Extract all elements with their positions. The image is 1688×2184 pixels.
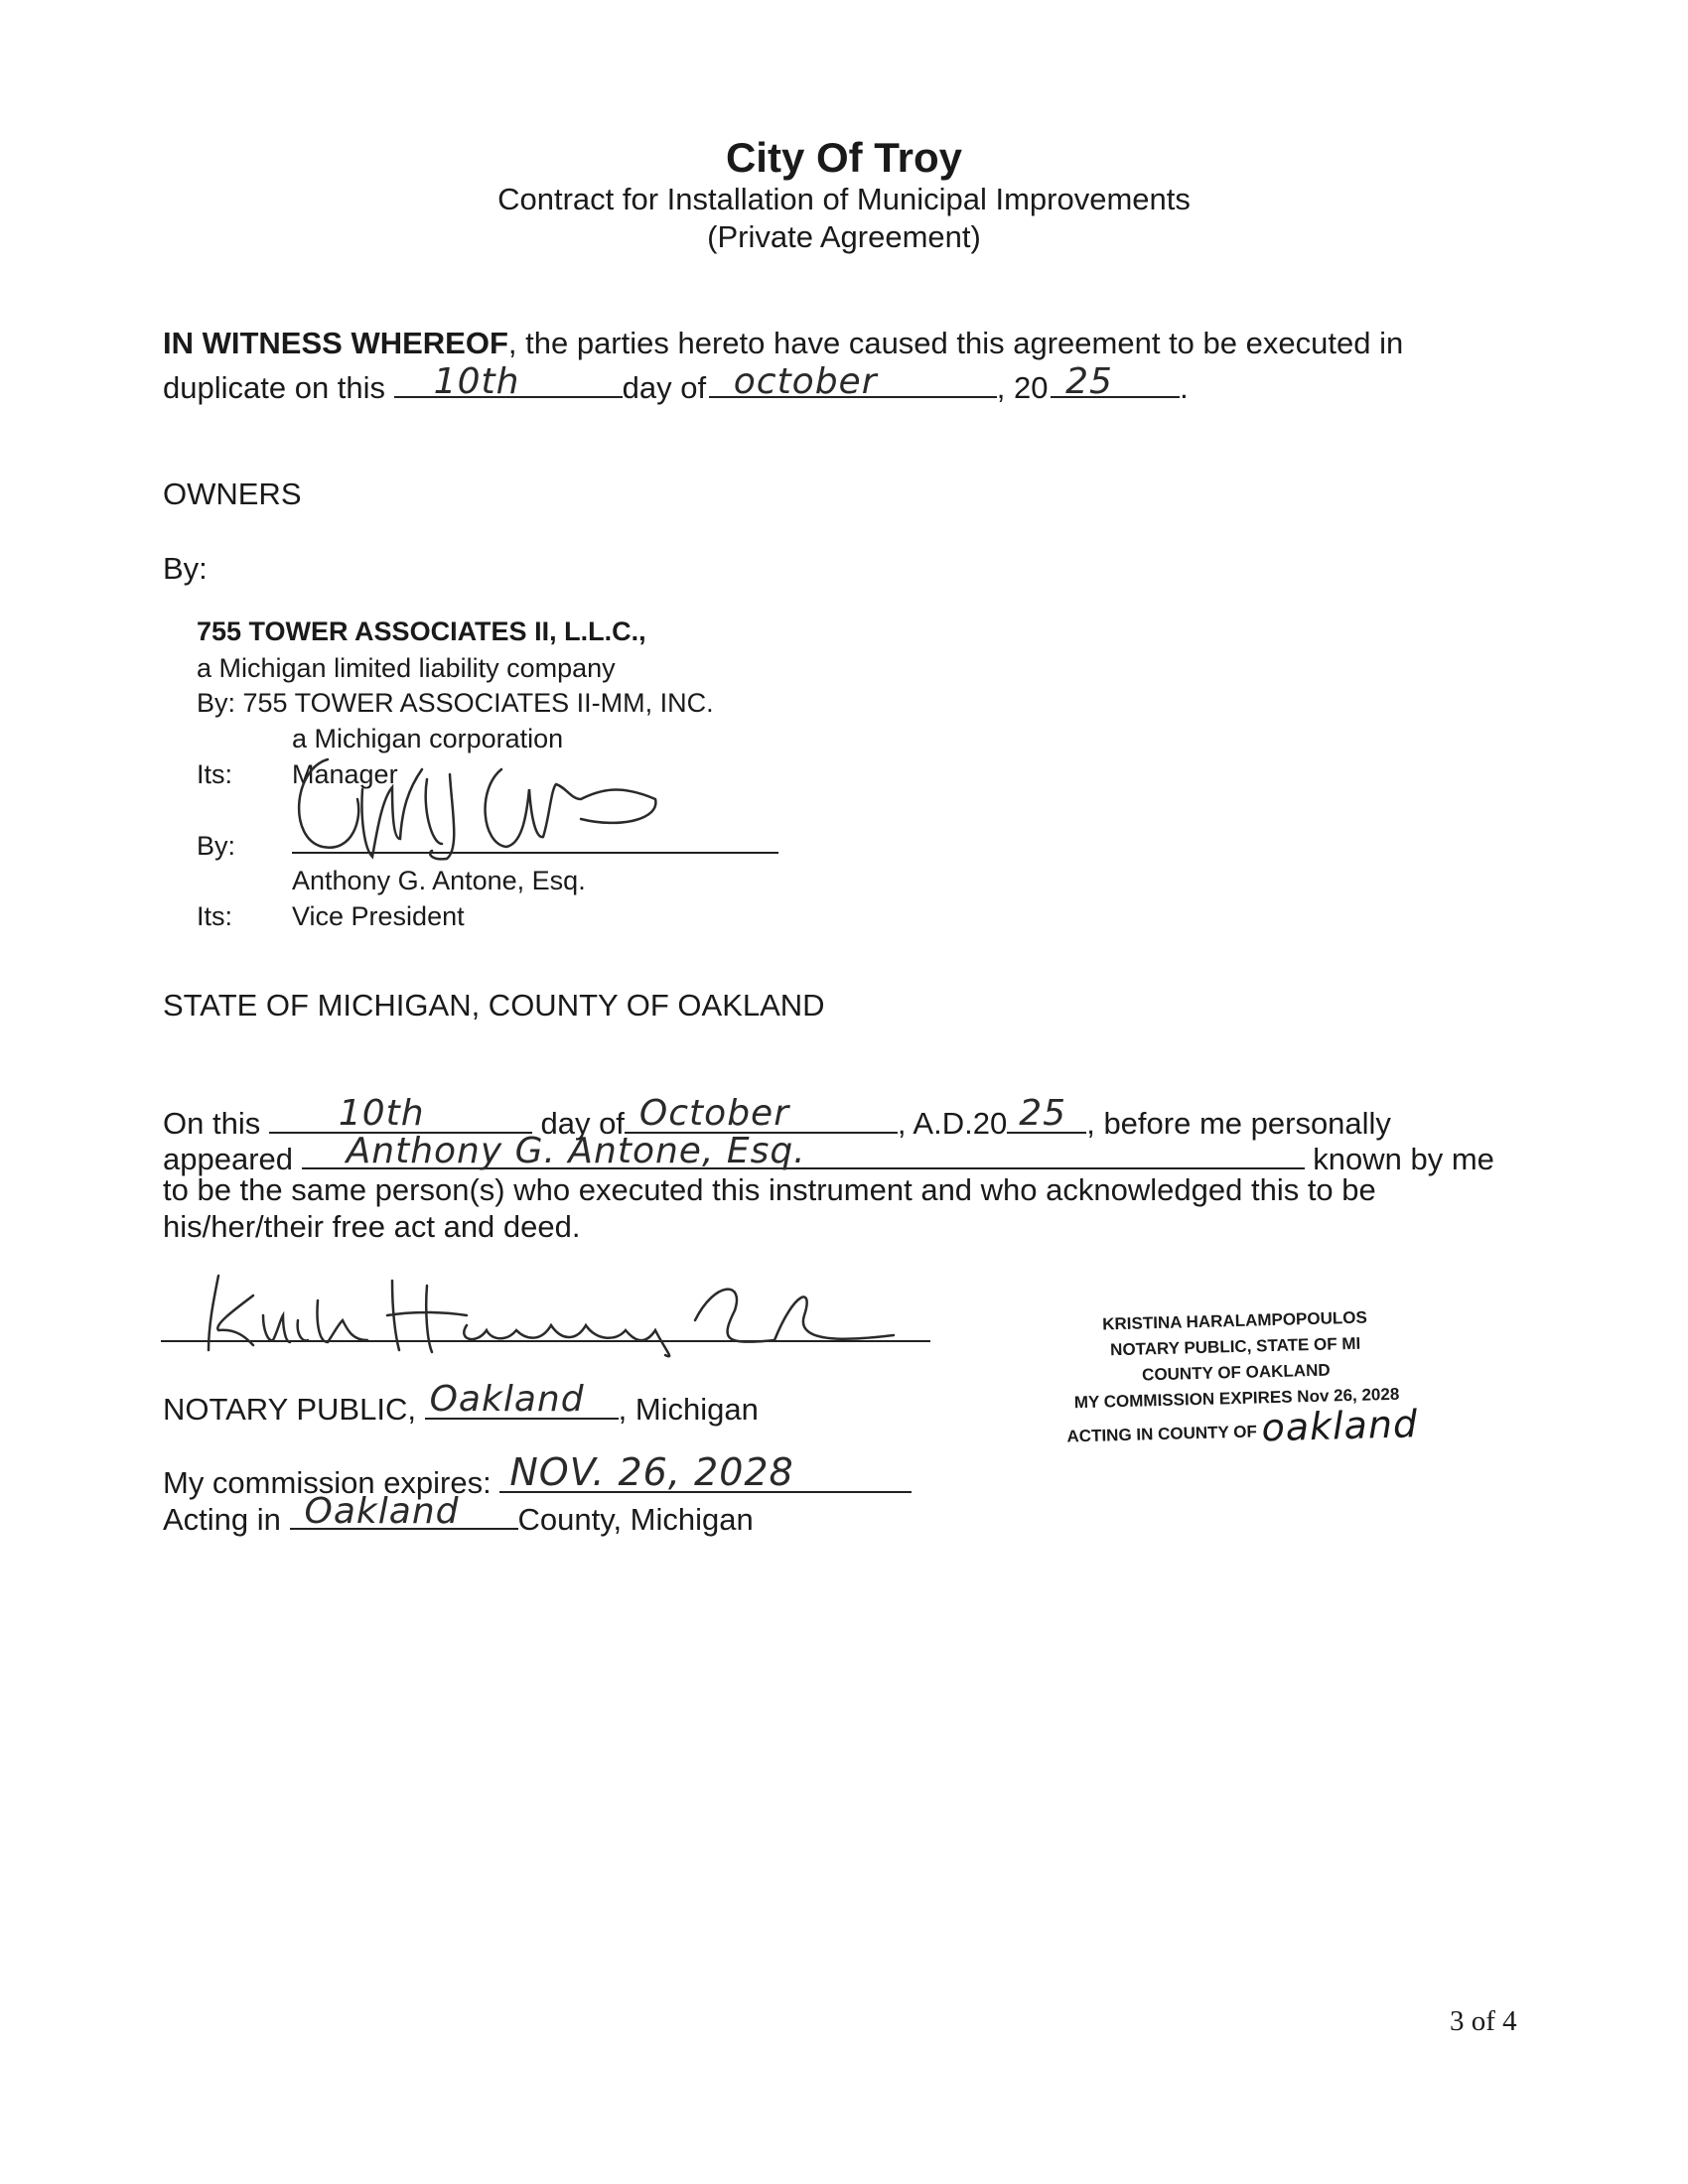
witness-duplicate-label: duplicate on this: [163, 370, 385, 405]
ack-before-me: , before me personally: [1086, 1106, 1391, 1141]
by-signature-label: By:: [197, 833, 235, 860]
witness-line-1-text: , the parties hereto have caused this ag…: [508, 326, 1403, 360]
witness-period: .: [1180, 370, 1189, 405]
acting-suffix: County, Michigan: [518, 1502, 754, 1537]
ack-appeared-label: appeared: [163, 1142, 293, 1176]
stamp-acting-value: oakland: [1261, 1402, 1419, 1449]
notary-signature-icon: [179, 1271, 933, 1360]
notary-public-line: NOTARY PUBLIC, Oakland, Michigan: [163, 1388, 759, 1425]
ack-line-2: appeared Anthony G. Antone, Esq. known b…: [163, 1138, 1494, 1174]
notary-stamp: KRISTINA HARALAMPOPOULOS NOTARY PUBLIC, …: [1046, 1303, 1426, 1450]
witness-year-value: 25: [1065, 364, 1113, 400]
acting-line: Acting in OaklandCounty, Michigan: [163, 1498, 754, 1535]
ack-day-field[interactable]: 10th: [269, 1102, 532, 1134]
its-label: Its:: [197, 761, 232, 788]
commission-value: NOV. 26, 2028: [509, 1453, 793, 1491]
witness-lead: IN WITNESS WHEREOF: [163, 326, 508, 360]
notary-county-field[interactable]: Oakland: [425, 1388, 619, 1420]
ack-ad-prefix: , A.D.20: [898, 1106, 1007, 1141]
its2-value: Vice President: [292, 903, 465, 930]
document-title: City Of Troy: [0, 134, 1688, 182]
notary-public-suffix: , Michigan: [619, 1392, 759, 1427]
acting-label: Acting in: [163, 1502, 281, 1537]
ack-year-value: 25: [1019, 1096, 1066, 1132]
acting-county-value: Oakland: [305, 1494, 460, 1530]
venue-heading: STATE OF MICHIGAN, COUNTY OF OAKLAND: [163, 990, 825, 1021]
witness-day-value: 10th: [434, 364, 520, 400]
witness-year-field[interactable]: 25: [1051, 366, 1180, 398]
commission-field[interactable]: NOV. 26, 2028: [499, 1461, 912, 1493]
witness-day-of-label: day of: [623, 370, 706, 405]
witness-month-field[interactable]: october: [709, 366, 997, 398]
witness-year-prefix: , 20: [997, 370, 1049, 405]
ack-known-by-me: known by me: [1313, 1142, 1494, 1176]
ack-appeared-value: Anthony G. Antone, Esq.: [347, 1134, 806, 1169]
owner-signature-icon: [283, 730, 700, 869]
notary-public-label: NOTARY PUBLIC,: [163, 1392, 416, 1427]
ack-day-value: 10th: [339, 1096, 425, 1132]
its2-label: Its:: [197, 903, 232, 930]
ack-month-value: October: [639, 1096, 789, 1132]
ack-on-this-label: On this: [163, 1106, 260, 1141]
acting-county-field[interactable]: Oakland: [290, 1498, 518, 1530]
ack-appeared-field[interactable]: Anthony G. Antone, Esq.: [302, 1138, 1305, 1169]
company-description: a Michigan limited liability company: [197, 655, 616, 682]
document-subtitle-private: (Private Agreement): [0, 219, 1688, 255]
ack-year-field[interactable]: 25: [1007, 1102, 1086, 1134]
witness-month-value: october: [734, 364, 878, 400]
company-name: 755 TOWER ASSOCIATES II, L.L.C.,: [197, 618, 646, 645]
ack-month-field[interactable]: October: [625, 1102, 898, 1134]
ack-line-3: to be the same person(s) who executed th…: [163, 1174, 1376, 1205]
witness-line-2: duplicate on this 10thday of october, 20…: [163, 366, 1189, 403]
stamp-acting-label: ACTING IN COUNTY OF: [1066, 1422, 1257, 1445]
notary-county-value: Oakland: [430, 1382, 585, 1418]
managing-member: By: 755 TOWER ASSOCIATES II-MM, INC.: [197, 690, 714, 717]
owners-by-label: By:: [163, 553, 208, 584]
witness-day-field[interactable]: 10th: [394, 366, 623, 398]
document-subtitle: Contract for Installation of Municipal I…: [0, 182, 1688, 217]
commission-line: My commission expires: NOV. 26, 2028: [163, 1461, 912, 1498]
ack-line-4: his/her/their free act and deed.: [163, 1211, 580, 1242]
owners-heading: OWNERS: [163, 478, 302, 509]
signatory-name: Anthony G. Antone, Esq.: [292, 868, 586, 894]
page-number: 3 of 4: [1450, 2005, 1517, 2038]
witness-line-1: IN WITNESS WHEREOF, the parties hereto h…: [163, 328, 1403, 358]
